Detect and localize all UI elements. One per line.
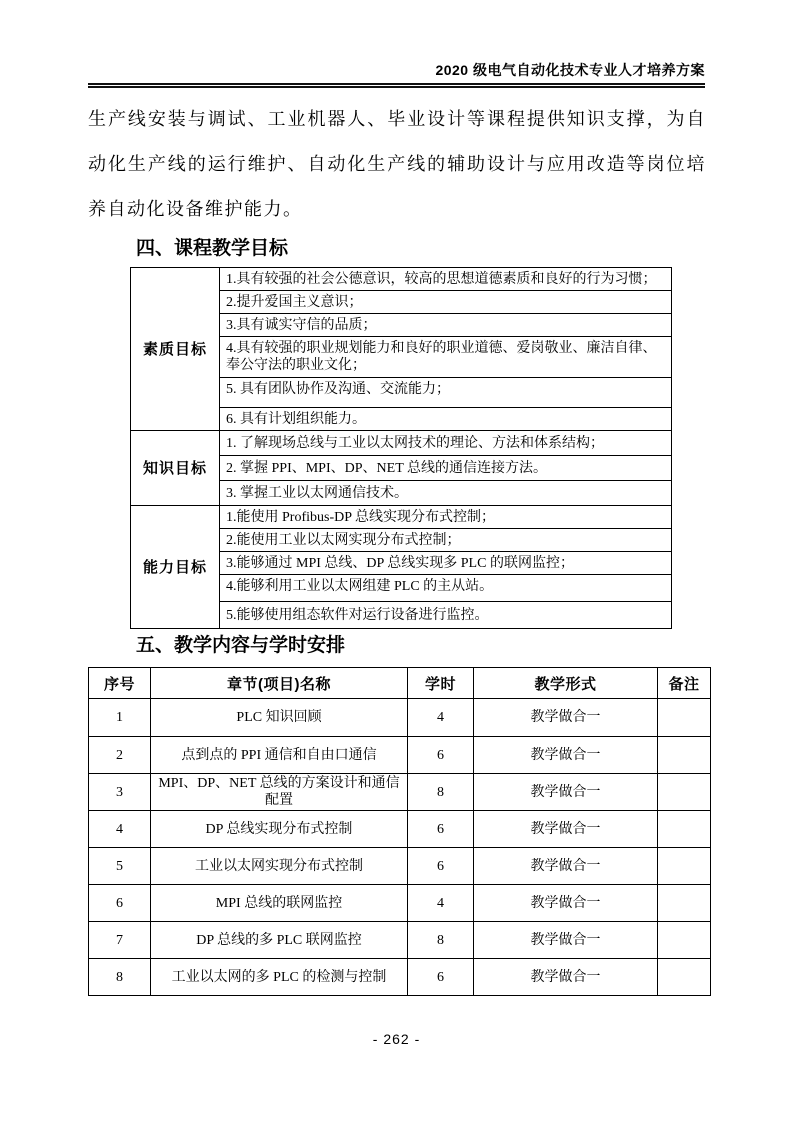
chapter-name-cell: DP 总线实现分布式控制 [151, 811, 408, 848]
row-number-cell: 7 [89, 922, 151, 959]
chapter-name-cell: MPI、DP、NET 总线的方案设计和通信配置 [151, 774, 408, 811]
note-cell [658, 848, 711, 885]
column-header-no: 序号 [89, 668, 151, 699]
teaching-form-cell: 教学做合一 [474, 737, 658, 774]
objective-item: 3.能够通过 MPI 总线、DP 总线实现多 PLC 的联网监控； [220, 552, 672, 575]
column-header-hours: 学时 [408, 668, 474, 699]
table-row: 4 DP 总线实现分布式控制 6 教学做合一 [89, 811, 711, 848]
table-row: 2 点到点的 PPI 通信和自由口通信 6 教学做合一 [89, 737, 711, 774]
column-header-note: 备注 [658, 668, 711, 699]
section-schedule-heading: 五、教学内容与学时安排 [136, 633, 793, 658]
objectives-table: 素质目标 1.具有较强的社会公德意识，较高的思想道德素质和良好的行为习惯； 2.… [130, 267, 672, 629]
teaching-form-cell: 教学做合一 [474, 885, 658, 922]
chapter-name-cell: MPI 总线的联网监控 [151, 885, 408, 922]
objective-item: 6. 具有计划组织能力。 [220, 408, 672, 431]
note-cell [658, 737, 711, 774]
note-cell [658, 922, 711, 959]
table-row: 1 PLC 知识回顾 4 教学做合一 [89, 699, 711, 737]
teaching-form-cell: 教学做合一 [474, 922, 658, 959]
group-label-knowledge: 知识目标 [131, 431, 220, 506]
table-row: 素质目标 1.具有较强的社会公德意识，较高的思想道德素质和良好的行为习惯； [131, 268, 672, 291]
chapter-name-cell: PLC 知识回顾 [151, 699, 408, 737]
table-header-row: 序号 章节(项目)名称 学时 教学形式 备注 [89, 668, 711, 699]
table-row: 能力目标 1.能使用 Profibus-DP 总线实现分布式控制； [131, 506, 672, 529]
teaching-form-cell: 教学做合一 [474, 774, 658, 811]
row-number-cell: 6 [89, 885, 151, 922]
hours-cell: 6 [408, 737, 474, 774]
objective-item: 5.能够使用组态软件对运行设备进行监控。 [220, 602, 672, 629]
group-label-ability: 能力目标 [131, 506, 220, 629]
objective-item: 1. 了解现场总线与工业以太网技术的理论、方法和体系结构； [220, 431, 672, 456]
hours-cell: 6 [408, 848, 474, 885]
hours-cell: 8 [408, 922, 474, 959]
hours-cell: 6 [408, 959, 474, 996]
table-row: 5 工业以太网实现分布式控制 6 教学做合一 [89, 848, 711, 885]
note-cell [658, 959, 711, 996]
row-number-cell: 1 [89, 699, 151, 737]
table-row: 8 工业以太网的多 PLC 的检测与控制 6 教学做合一 [89, 959, 711, 996]
objective-item: 1.能使用 Profibus-DP 总线实现分布式控制； [220, 506, 672, 529]
note-cell [658, 774, 711, 811]
hours-cell: 6 [408, 811, 474, 848]
chapter-name-cell: 工业以太网的多 PLC 的检测与控制 [151, 959, 408, 996]
teaching-form-cell: 教学做合一 [474, 959, 658, 996]
objective-item: 5. 具有团队协作及沟通、交流能力； [220, 378, 672, 408]
objective-item: 2.提升爱国主义意识； [220, 291, 672, 314]
page-number: - 262 - [0, 1031, 793, 1047]
teaching-form-cell: 教学做合一 [474, 811, 658, 848]
hours-cell: 8 [408, 774, 474, 811]
table-row: 3 MPI、DP、NET 总线的方案设计和通信配置 8 教学做合一 [89, 774, 711, 811]
section-objectives-heading: 四、课程教学目标 [136, 236, 793, 261]
row-number-cell: 5 [89, 848, 151, 885]
row-number-cell: 2 [89, 737, 151, 774]
objective-item: 2. 掌握 PPI、MPI、DP、NET 总线的通信连接方法。 [220, 456, 672, 481]
intro-paragraph: 生产线安装与调试、工业机器人、毕业设计等课程提供知识支撑，为自动化生产线的运行维… [88, 97, 706, 232]
teaching-form-cell: 教学做合一 [474, 699, 658, 737]
row-number-cell: 3 [89, 774, 151, 811]
chapter-name-cell: 工业以太网实现分布式控制 [151, 848, 408, 885]
hours-cell: 4 [408, 699, 474, 737]
chapter-name-cell: 点到点的 PPI 通信和自由口通信 [151, 737, 408, 774]
objective-item: 4.具有较强的职业规划能力和良好的职业道德、爱岗敬业、廉洁自律、奉公守法的职业文… [220, 337, 672, 378]
note-cell [658, 699, 711, 737]
table-row: 6 MPI 总线的联网监控 4 教学做合一 [89, 885, 711, 922]
row-number-cell: 8 [89, 959, 151, 996]
table-row: 知识目标 1. 了解现场总线与工业以太网技术的理论、方法和体系结构； [131, 431, 672, 456]
table-row: 7 DP 总线的多 PLC 联网监控 8 教学做合一 [89, 922, 711, 959]
group-label-quality: 素质目标 [131, 268, 220, 431]
column-header-form: 教学形式 [474, 668, 658, 699]
objective-item: 4.能够利用工业以太网组建 PLC 的主从站。 [220, 575, 672, 602]
objective-item: 2.能使用工业以太网实现分布式控制； [220, 529, 672, 552]
objective-item: 1.具有较强的社会公德意识，较高的思想道德素质和良好的行为习惯； [220, 268, 672, 291]
note-cell [658, 885, 711, 922]
header-title: 2020 级电气自动化技术专业人才培养方案 [88, 60, 705, 80]
hours-cell: 4 [408, 885, 474, 922]
document-page: 2020 级电气自动化技术专业人才培养方案 生产线安装与调试、工业机器人、毕业设… [0, 0, 793, 1122]
teaching-form-cell: 教学做合一 [474, 848, 658, 885]
objective-item: 3.具有诚实守信的品质； [220, 314, 672, 337]
note-cell [658, 811, 711, 848]
column-header-chapter: 章节(项目)名称 [151, 668, 408, 699]
schedule-table: 序号 章节(项目)名称 学时 教学形式 备注 1 PLC 知识回顾 4 教学做合… [88, 667, 711, 996]
header-rule [88, 83, 705, 88]
row-number-cell: 4 [89, 811, 151, 848]
objective-item: 3. 掌握工业以太网通信技术。 [220, 481, 672, 506]
chapter-name-cell: DP 总线的多 PLC 联网监控 [151, 922, 408, 959]
